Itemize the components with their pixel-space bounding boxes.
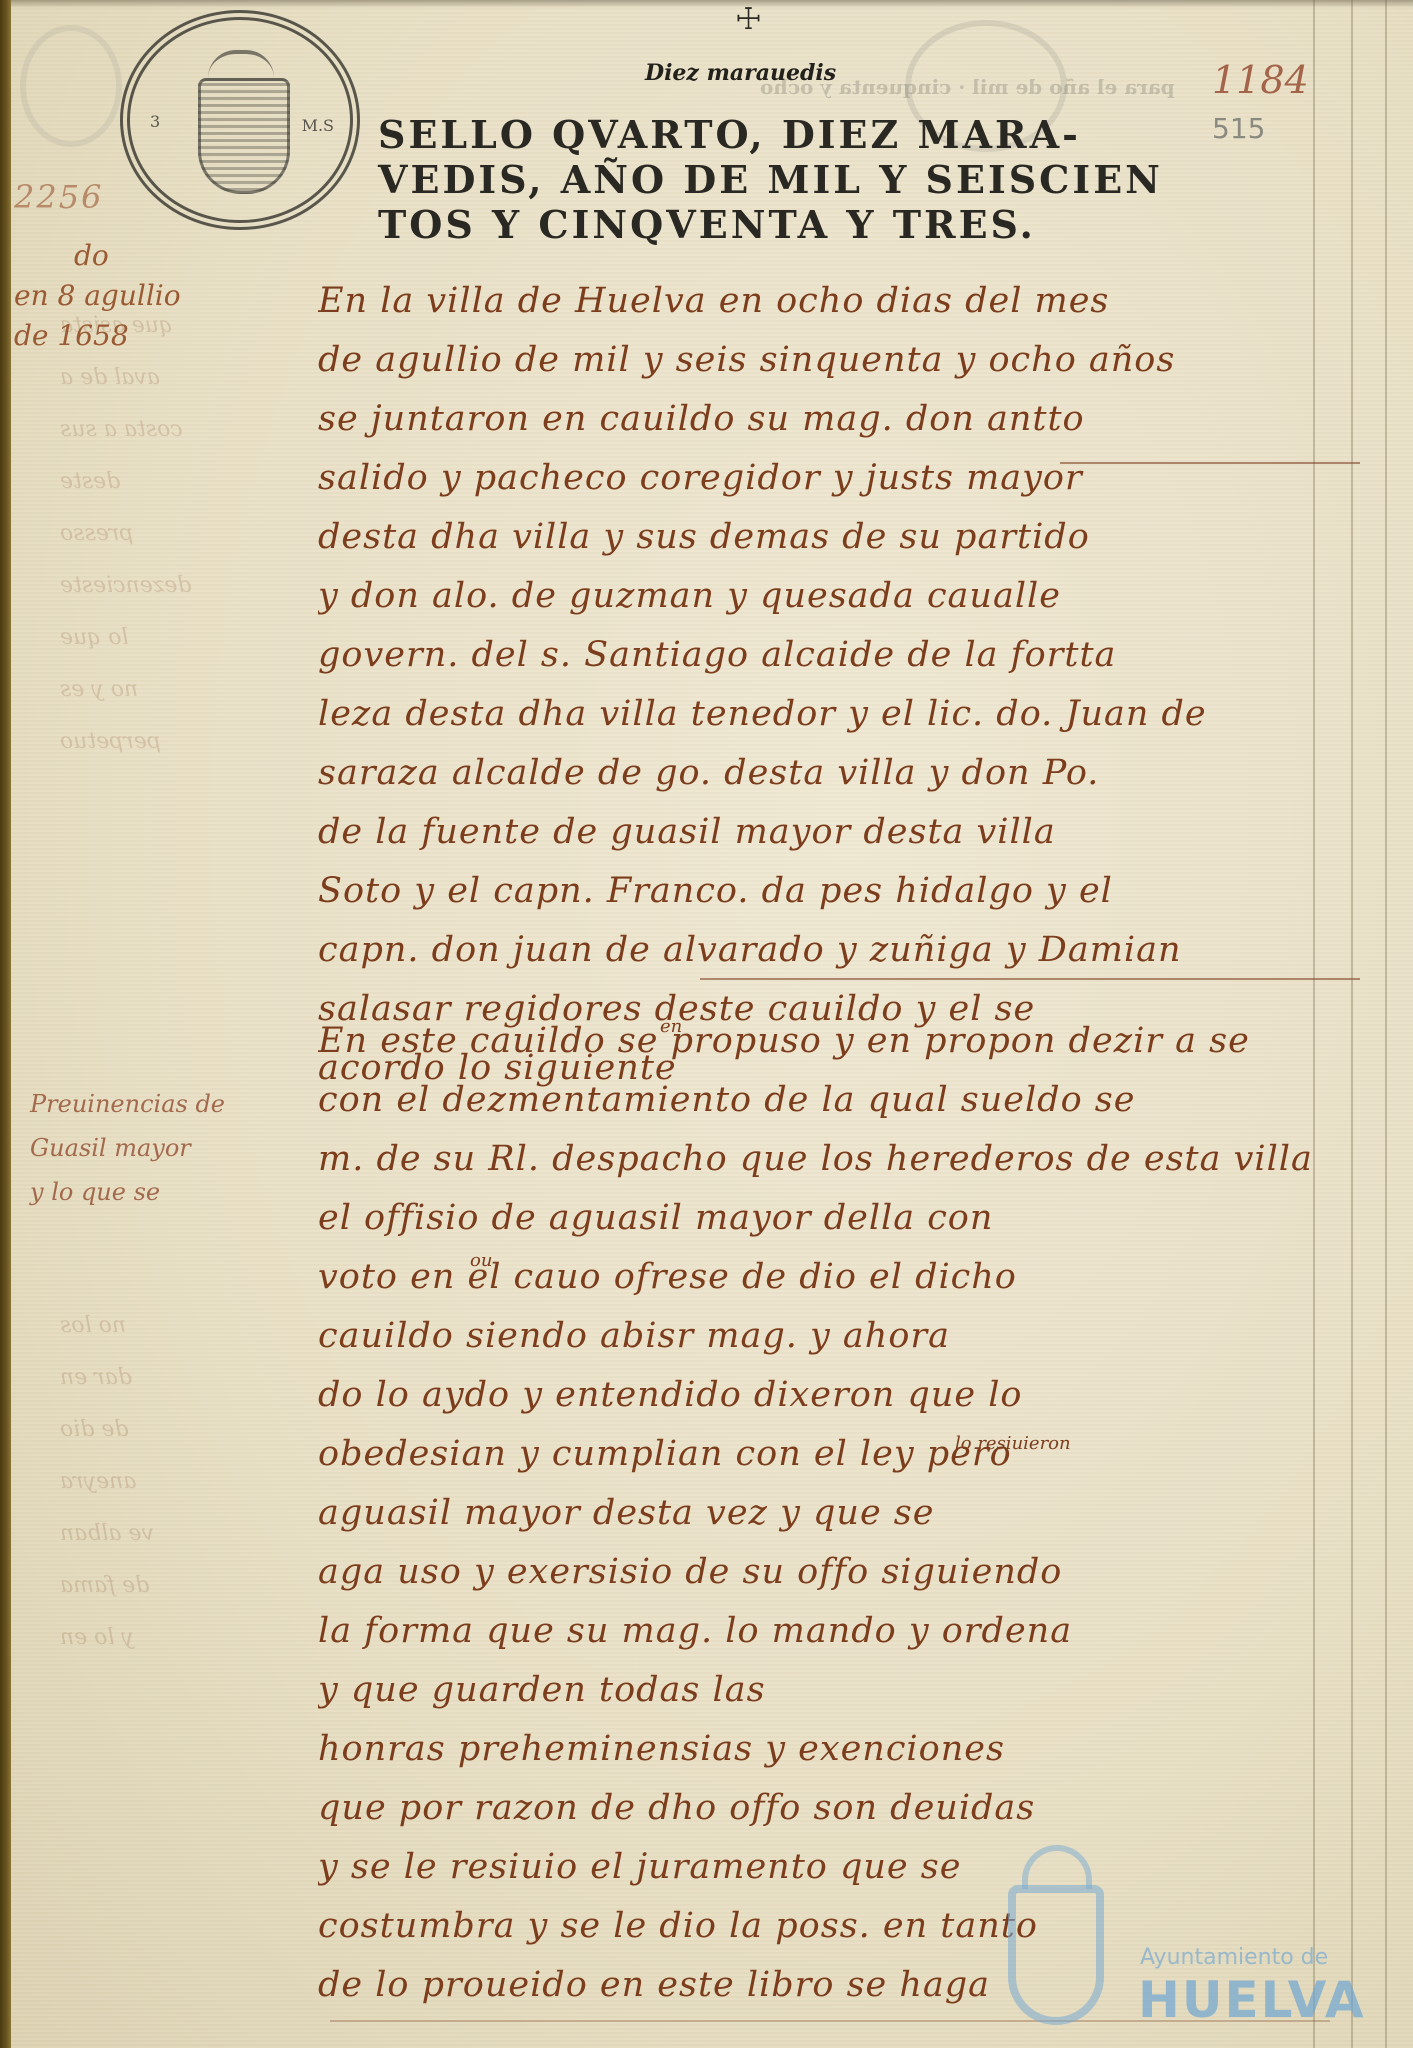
handwritten-line: y don alo. de guzman y quesada caualle [318,567,1378,626]
handwritten-line: que por razon de dho offo son deuidas [318,1779,1378,1838]
handwritten-line: obedesian y cumplian con el ley pero [318,1425,1378,1484]
cross-icon: ☩ [735,2,762,37]
manuscript-page: 3 M.S ☩ Diez marauedis para el año de mi… [0,0,1413,2048]
margin-date-line: do [14,236,314,276]
folio-number: 1184 [1212,58,1309,102]
line-filler-rule [700,978,1360,980]
bleed-line: aneyra [60,1456,300,1508]
bleed-line: costa a sus [60,404,300,456]
handwritten-line: capn. don juan de alvarado y zuñiga y Da… [318,921,1378,980]
bleed-line: no los [60,1300,300,1352]
bleed-line: no y es [60,664,300,716]
handwritten-line: salido y pacheco coregidor y justs mayor [318,449,1378,508]
handwritten-line: En la villa de Huelva en ocho dias del m… [318,272,1378,331]
handwritten-line: desta dha villa y sus demas de su partid… [318,508,1378,567]
margin-note-line: Preuinencias de [30,1082,270,1126]
folio-pencil-number: 515 [1212,112,1265,145]
handwritten-line: leza desta dha villa tenedor y el lic. d… [318,685,1378,744]
bleed-line: perpetuo [60,716,300,768]
interlinear-note: lo resiuieron [955,1433,1071,1454]
coat-of-arms-icon [198,78,290,194]
handwritten-line: m. de su Rl. despacho que los herederos … [318,1130,1378,1189]
handwritten-line: En este cauildo se propuso y en propon d… [318,1012,1378,1071]
handwritten-line: do lo aydo y entendido dixeron que lo [318,1366,1378,1425]
handwritten-line: se juntaron en cauildo su mag. don antto [318,390,1378,449]
bleed-line: ve alban [60,1508,300,1560]
page-edge [1385,0,1387,2048]
handwritten-line: y que guarden todas las [318,1661,1378,1720]
page-top-shadow [0,0,1413,8]
stamp-header-line: VEDIS, AÑO DE MIL Y SEISCIEN [378,157,1168,202]
bleed-line: lo que [60,612,300,664]
watermark-line-2: HUELVA [1138,1971,1366,2029]
bleed-line: de dio [60,1404,300,1456]
handwritten-line: el offisio de aguasil mayor della con [318,1189,1378,1248]
interlinear-note: en [660,1016,682,1037]
bleed-line: aval de a [60,352,300,404]
interlinear-note: ou [470,1250,492,1271]
handwritten-line: saraza alcalde de go. desta villa y don … [318,744,1378,803]
bleed-through-margin: no los dar en de dio aneyra ve alban de … [60,1300,300,1664]
watermark-line-1: Ayuntamiento de [1140,1945,1328,1970]
handwritten-line: honras preheminensias y exenciones [318,1720,1378,1779]
handwritten-line: de la fuente de guasil mayor desta villa [318,803,1378,862]
handwritten-line: govern. del s. Santiago alcaide de la fo… [318,626,1378,685]
margin-note-line: Guasil mayor [30,1126,270,1170]
stamp-header: SELLO QVARTO, DIEZ MARA- VEDIS, AÑO DE M… [378,112,1168,247]
archive-watermark: Ayuntamiento de HUELVA [1000,1845,1330,2045]
bleed-line: dezencieste [60,560,300,612]
handwritten-line: cauildo siendo abisr mag. y ahora [318,1307,1378,1366]
royal-seal-stamp: 3 M.S [120,10,360,230]
bleed-through-margin: que asista aval de a costa a sus deste p… [60,300,300,768]
huelva-shield-icon [1008,1885,1104,2025]
handwritten-line: Soto y el capn. Franco. da pes hidalgo y… [318,862,1378,921]
bleed-line: que asista [60,300,300,352]
binding-edge [0,0,11,2048]
margin-note-line: y lo que se [30,1170,270,1214]
stamp-header-line: SELLO QVARTO, DIEZ MARA- [378,112,1168,157]
margin-number: 2256 [14,178,103,216]
bleed-line: y lo en [60,1612,300,1664]
minutes-paragraph-1: En la villa de Huelva en ocho dias del m… [318,272,1378,1098]
stamp-header-line: TOS Y CINQVENTA Y TRES. [378,202,1168,247]
handwritten-line: de agullio de mil y seis sinquenta y och… [318,331,1378,390]
handwritten-line: aguasil mayor desta vez y que se [318,1484,1378,1543]
seal-mark-left: 3 [150,112,160,131]
bleed-line: dar en [60,1352,300,1404]
bleed-through-text: para el año de mil · cinquenta y ocho [760,75,1175,99]
bleed-line: de fama [60,1560,300,1612]
handwritten-line: con el dezmentamiento de la qual sueldo … [318,1071,1378,1130]
seal-mark-right: M.S [302,116,334,135]
handwritten-line: aga uso y exersisio de su offo siguiendo [318,1543,1378,1602]
bleed-line: deste [60,456,300,508]
margin-note: Preuinencias de Guasil mayor y lo que se [30,1082,270,1214]
handwritten-line: la forma que su mag. lo mando y ordena [318,1602,1378,1661]
crown-icon [1022,1845,1092,1889]
bleed-through-seal [20,25,122,147]
bleed-line: presso [60,508,300,560]
line-filler-rule [1060,462,1360,464]
crown-icon [208,50,274,78]
